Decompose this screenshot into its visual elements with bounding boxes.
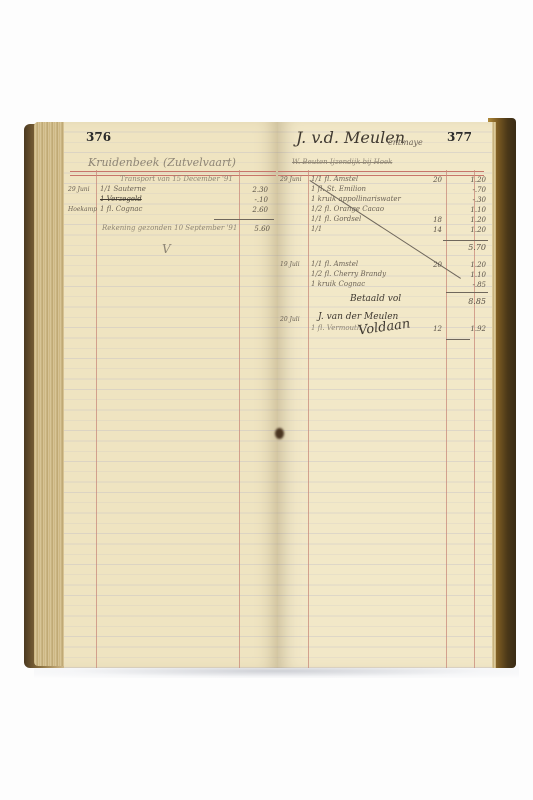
entry-description: 1 kruik Cognac <box>311 280 365 288</box>
entry-amount: 1.92 <box>470 325 486 333</box>
entry-qty: 20 <box>433 176 442 184</box>
entry-date: Hoekamp <box>68 206 97 213</box>
left-page: 376 Kruidenbeek (Zutvelvaart) Transport … <box>64 122 278 668</box>
subtotal-amount: 5.70 <box>468 243 486 252</box>
entry-amount: 1.20 <box>470 176 486 184</box>
entry-description: 1/1 <box>311 225 322 233</box>
margin-mark: V <box>162 242 171 256</box>
account-header-left: Kruidenbeek (Zutvelvaart) <box>88 156 236 169</box>
sum-rule <box>446 339 470 340</box>
entry-description: 1 Verzegeld <box>100 195 142 203</box>
sum-rule <box>446 292 488 293</box>
note-amount: 5.60 <box>254 225 270 233</box>
sum-rule <box>214 219 274 220</box>
entry-amount: 1.20 <box>470 216 486 224</box>
entry-description: 1/1 fl. Amstel <box>311 175 358 183</box>
entry-description: 1 fl. Vermouth <box>311 324 361 332</box>
date-column-rule <box>308 170 309 668</box>
entry-date: 29 Juni <box>68 186 90 193</box>
right-page: 377 J. v.d. Meulen entmaye W. Beuten Ijz… <box>278 122 492 668</box>
entry-description: 1/2 fl. Cherry Brandy <box>311 270 386 278</box>
entry-qty: 14 <box>433 226 442 234</box>
transport-line: Transport van 15 December '91 <box>120 175 233 183</box>
entry-qty: 12 <box>433 325 442 333</box>
ink-stain <box>275 428 284 439</box>
entry-amount: 1.10 <box>470 271 486 279</box>
entry-amount: -.85 <box>473 281 487 289</box>
entry-qty: 18 <box>433 216 442 224</box>
entry-description: 1/1 fl. Gordsel <box>311 215 361 223</box>
entry-amount: 1.10 <box>470 206 486 214</box>
total-amount: 8.85 <box>468 297 486 306</box>
amount-column-rule <box>239 170 240 668</box>
qty-column-rule <box>446 170 447 668</box>
entry-amount: 1.20 <box>470 261 486 269</box>
entry-description: 1 fl. Cognac <box>100 205 142 213</box>
date-column-rule <box>96 170 97 668</box>
entry-date: 29 Juni <box>280 176 302 183</box>
entry-date: 19 Juli <box>280 261 300 268</box>
paid-label: Betaald vol <box>350 294 401 304</box>
entry-amount: -.10 <box>255 196 269 204</box>
entry-description: 1/1 fl. Amstel <box>311 260 358 268</box>
entry-amount: 2.60 <box>252 206 268 214</box>
entry-amount: -.70 <box>473 186 487 194</box>
entry-description: 1/1 Sauterne <box>100 185 146 193</box>
entry-amount: 2.30 <box>252 186 268 194</box>
page-number-left: 376 <box>86 130 111 144</box>
account-header-suffix: entmaye <box>388 138 423 147</box>
page-number-right: 377 <box>447 130 472 144</box>
entry-amount: -.30 <box>473 196 487 204</box>
entry-amount: 1.20 <box>470 226 486 234</box>
invoice-note: Rekening gezonden 10 September '91 <box>102 224 237 232</box>
entry-description: 1 kruik appollinariswater <box>311 195 401 203</box>
sum-rule <box>443 240 488 241</box>
entry-qty: 20 <box>433 261 442 269</box>
ledger-book: 376 Kruidenbeek (Zutvelvaart) Transport … <box>24 118 516 670</box>
entry-date: 20 Juli <box>280 316 300 323</box>
struck-subheader: W. Beuten Ijzendijk bij Hoek <box>292 158 392 166</box>
